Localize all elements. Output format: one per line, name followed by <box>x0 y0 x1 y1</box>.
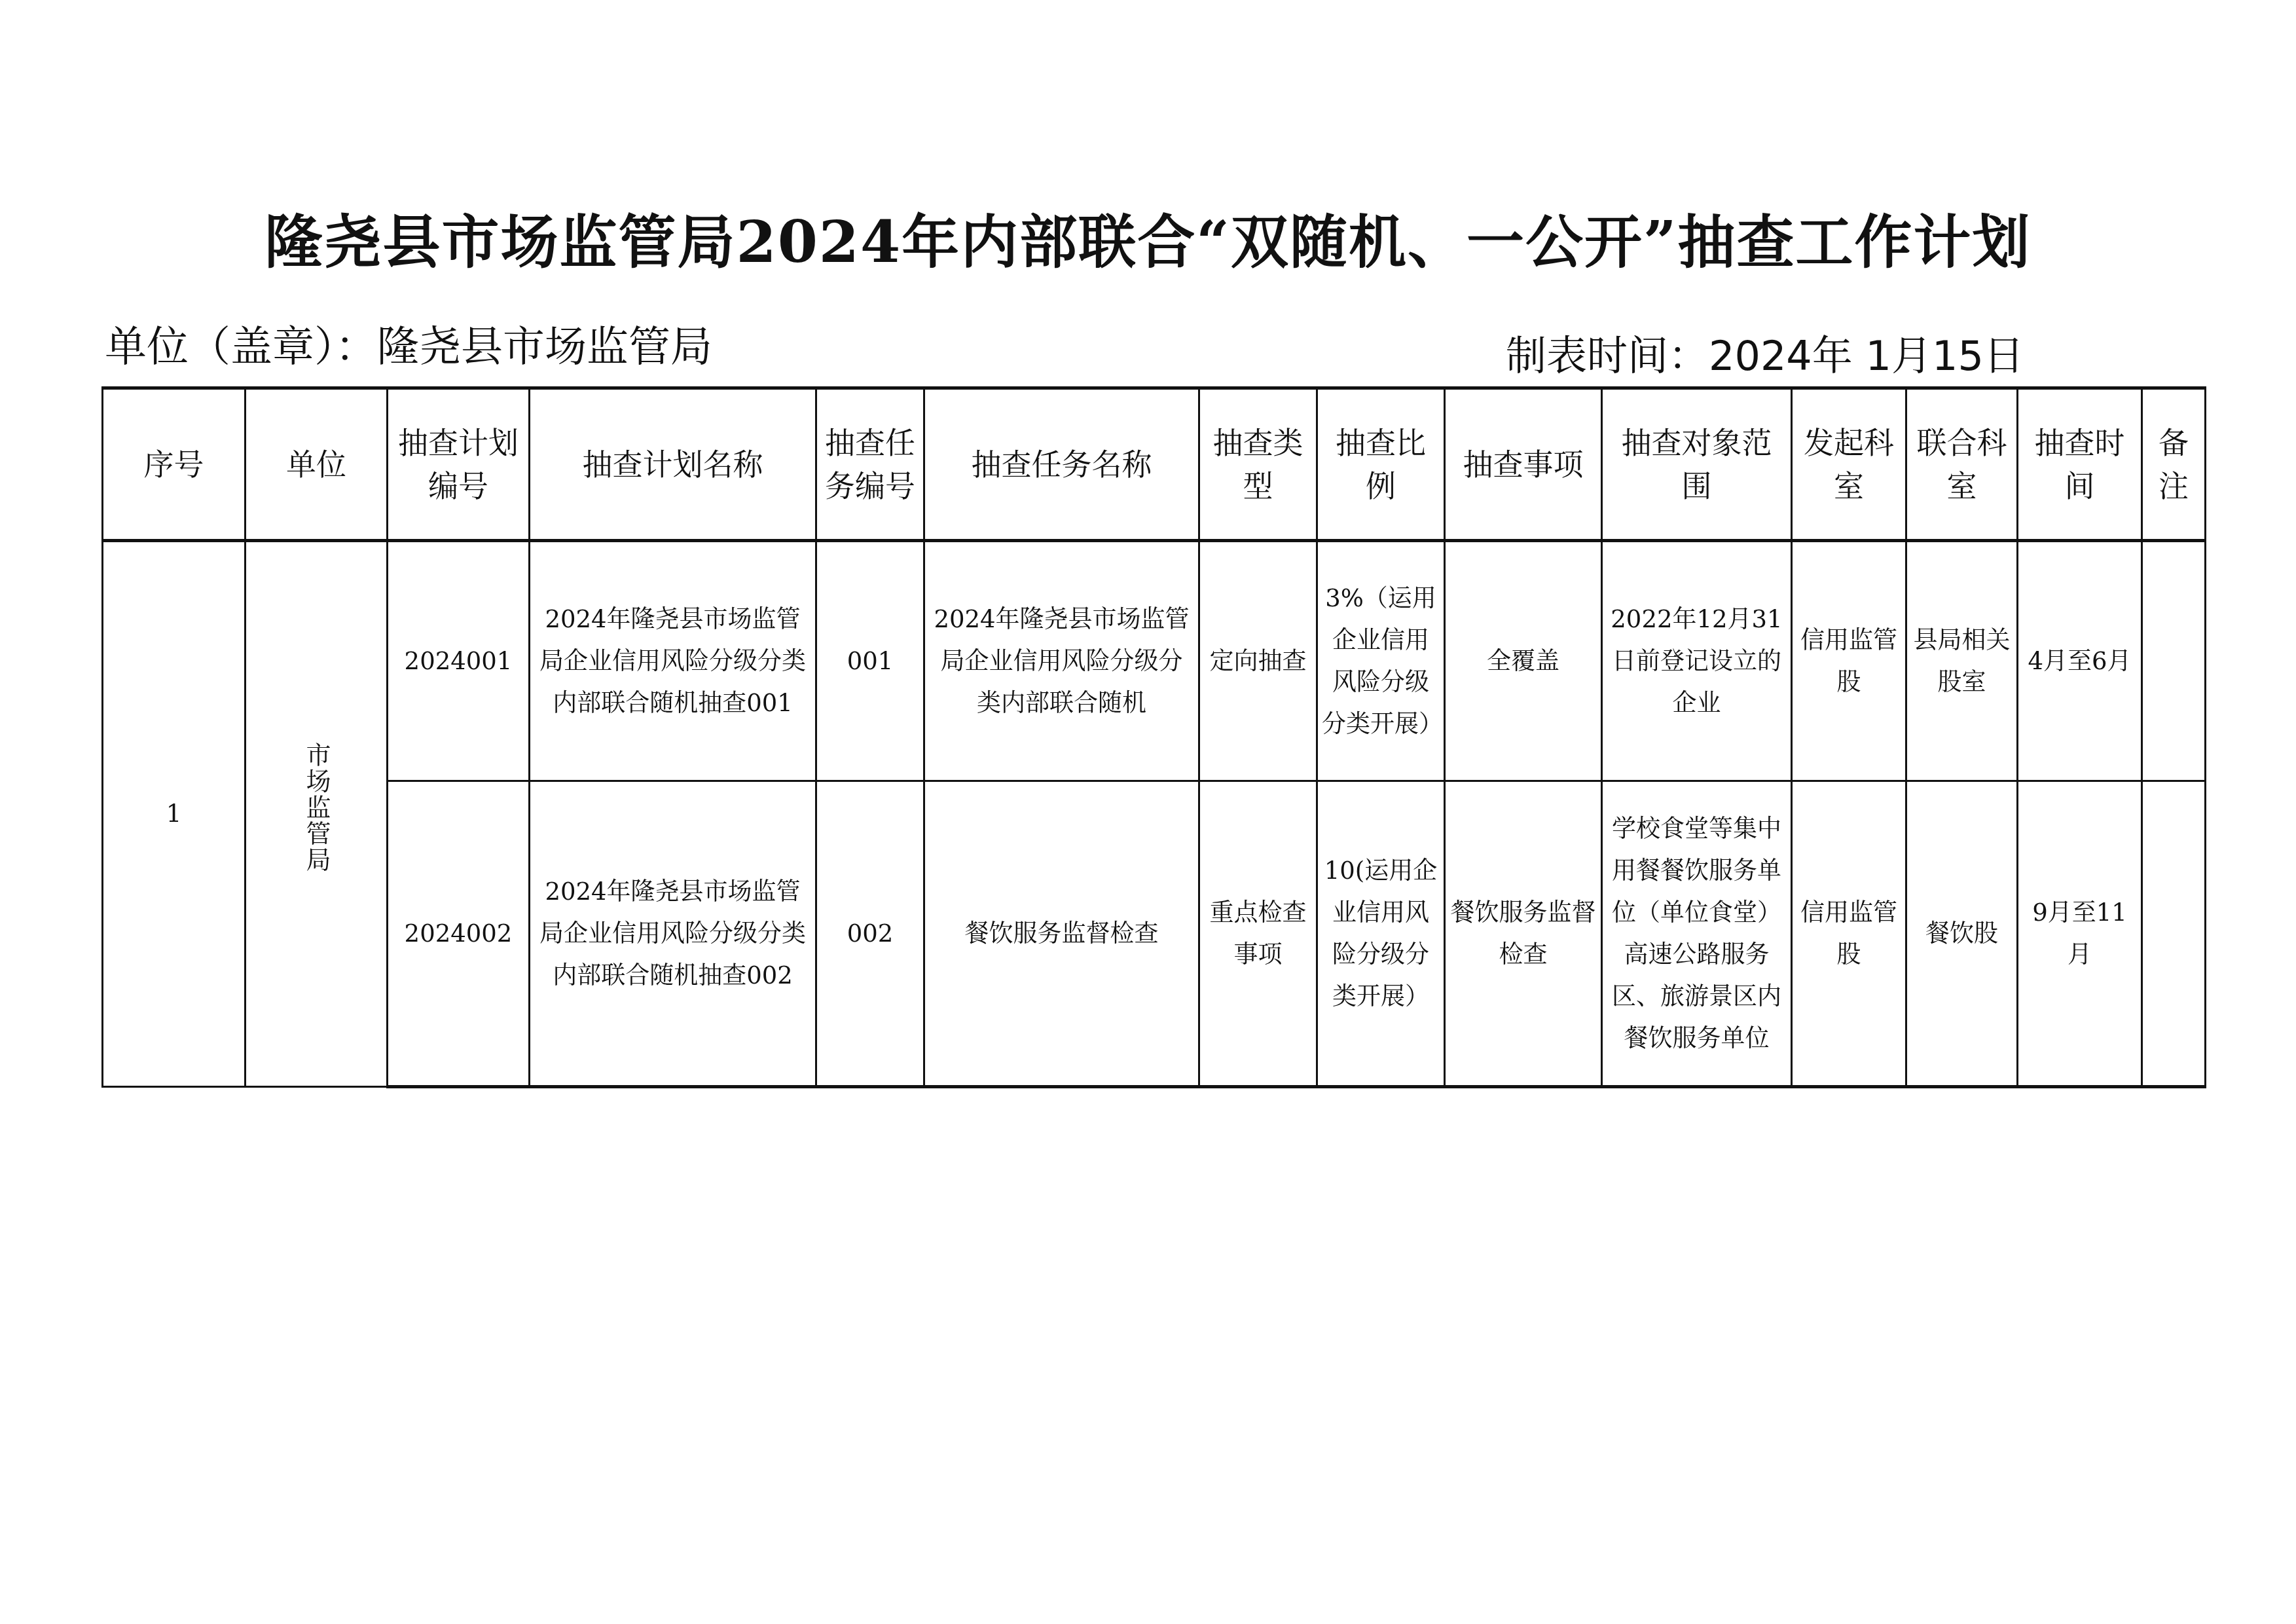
cell-joint: 县局相关股室 <box>1906 541 2018 781</box>
cell-item: 餐饮服务监督检查 <box>1445 781 1602 1087</box>
header-ratio: 抽查比例 <box>1317 388 1445 541</box>
header-task-name: 抽查任务名称 <box>924 388 1199 541</box>
cell-ratio: 3%（运用企业信用风险分级分类开展） <box>1317 541 1445 781</box>
cell-plan-name: 2024年隆尧县市场监管局企业信用风险分级分类内部联合随机抽查002 <box>530 781 816 1087</box>
cell-type: 重点检查事项 <box>1199 781 1317 1087</box>
unit-vertical-text: 市场监管局 <box>303 742 329 873</box>
header-seq: 序号 <box>103 388 246 541</box>
cell-item: 全覆盖 <box>1445 541 1602 781</box>
cell-type: 定向抽查 <box>1199 541 1317 781</box>
table-row: 2024002 2024年隆尧县市场监管局企业信用风险分级分类内部联合随机抽查0… <box>103 781 2206 1087</box>
cell-unit: 市场监管局 <box>246 541 388 1087</box>
cell-initiator: 信用监管股 <box>1792 541 1906 781</box>
inspection-plan-table: 序号 单位 抽查计划编号 抽查计划名称 抽查任务编号 抽查任务名称 抽查类型 抽… <box>101 386 2206 1088</box>
table-row: 1 市场监管局 2024001 2024年隆尧县市场监管局企业信用风险分级分类内… <box>103 541 2206 781</box>
table-header-row: 序号 单位 抽查计划编号 抽查计划名称 抽查任务编号 抽查任务名称 抽查类型 抽… <box>103 388 2206 541</box>
header-type: 抽查类型 <box>1199 388 1317 541</box>
header-remark: 备注 <box>2142 388 2206 541</box>
header-item: 抽查事项 <box>1445 388 1602 541</box>
header-task-no: 抽查任务编号 <box>816 388 924 541</box>
cell-task-name: 2024年隆尧县市场监管局企业信用风险分级分类内部联合随机 <box>924 541 1199 781</box>
header-initiator: 发起科室 <box>1792 388 1906 541</box>
header-plan-name: 抽查计划名称 <box>530 388 816 541</box>
cell-remark <box>2142 781 2206 1087</box>
cell-seq: 1 <box>103 541 246 1087</box>
cell-initiator: 信用监管股 <box>1792 781 1906 1087</box>
header-plan-no: 抽查计划编号 <box>388 388 530 541</box>
header-scope: 抽查对象范围 <box>1602 388 1792 541</box>
date-label: 制表时间：2024年 1月15日 <box>1506 323 2024 382</box>
header-joint: 联合科室 <box>1906 388 2018 541</box>
header-unit: 单位 <box>246 388 388 541</box>
cell-joint: 餐饮股 <box>1906 781 2018 1087</box>
cell-time: 4月至6月 <box>2018 541 2142 781</box>
cell-remark <box>2142 541 2206 781</box>
cell-scope: 2022年12月31日前登记设立的企业 <box>1602 541 1792 781</box>
header-time: 抽查时间 <box>2018 388 2142 541</box>
cell-task-no: 001 <box>816 541 924 781</box>
cell-plan-no: 2024002 <box>388 781 530 1087</box>
cell-ratio: 10(运用企业信用风险分级分类开展） <box>1317 781 1445 1087</box>
cell-task-no: 002 <box>816 781 924 1087</box>
cell-plan-no: 2024001 <box>388 541 530 781</box>
unit-label: 单位（盖章）：隆尧县市场监管局 <box>105 313 712 373</box>
cell-plan-name: 2024年隆尧县市场监管局企业信用风险分级分类内部联合随机抽查001 <box>530 541 816 781</box>
document-title: 隆尧县市场监管局2024年内部联合“双随机、一公开”抽查工作计划 <box>0 196 2296 279</box>
cell-task-name: 餐饮服务监督检查 <box>924 781 1199 1087</box>
cell-scope: 学校食堂等集中用餐餐饮服务单位（单位食堂）高速公路服务区、旅游景区内餐饮服务单位 <box>1602 781 1792 1087</box>
cell-time: 9月至11月 <box>2018 781 2142 1087</box>
